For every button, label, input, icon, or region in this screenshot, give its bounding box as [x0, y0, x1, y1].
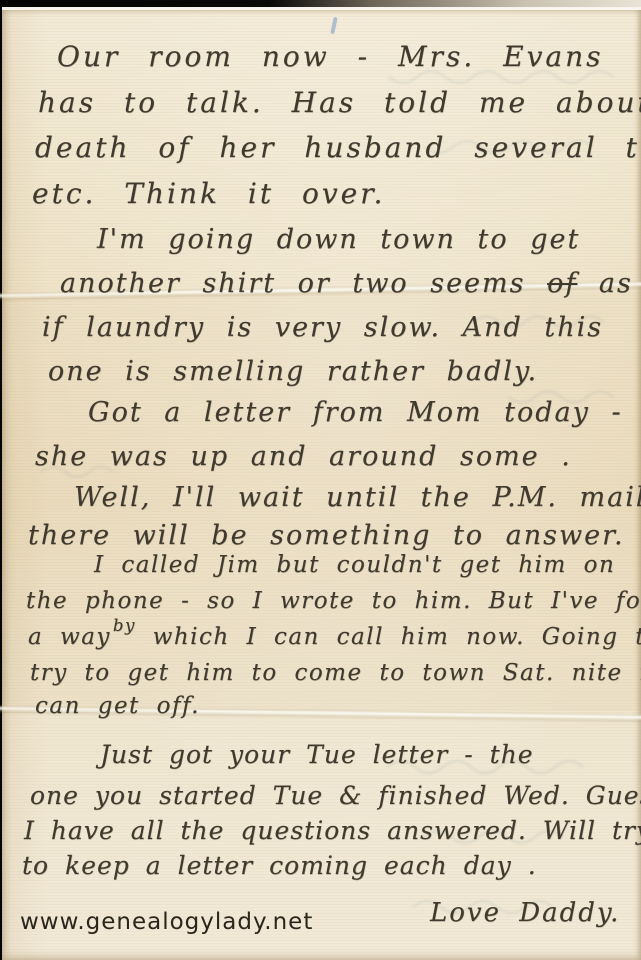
watermark-url: www.genealogylady.net [20, 909, 313, 935]
letter-line: Got a letter from Mom today - said [88, 397, 641, 428]
inserted-word: by [113, 616, 136, 635]
letter-line: Just got your Tue letter - the [100, 740, 534, 769]
letter-line: if laundry is very slow. And this [42, 312, 603, 343]
letter-line-text: another shirt or two seems [60, 268, 547, 299]
letter-line-text: as [577, 268, 633, 299]
letter-line: I called Jim but couldn't get him on [94, 552, 615, 578]
letter-line: can get off. [35, 693, 200, 719]
letter-line: Our room now - Mrs. Evans [57, 40, 604, 73]
scanned-letter: Our room now - Mrs. Evans has to talk. H… [0, 0, 641, 960]
letter-line: try to get him to come to town Sat. nite… [30, 660, 641, 686]
signature: Love Daddy. [430, 898, 620, 928]
letter-line: to keep a letter coming each day . [22, 851, 537, 880]
letter-line: I'm going down town to get [97, 224, 580, 255]
letter-line: I have all the questions answered. Will … [24, 816, 641, 845]
crossed-out-word: of [547, 268, 577, 299]
letter-line: the phone - so I wrote to him. But I've … [26, 588, 641, 614]
letter-line: she was up and around some . [35, 441, 572, 472]
letter-line: death of her husband several times [35, 131, 641, 164]
letter-page: Our room now - Mrs. Evans has to talk. H… [2, 7, 641, 960]
letter-line: one you started Tue & finished Wed. Gues… [30, 781, 641, 810]
letter-line-text: a way [28, 624, 111, 650]
letter-line: there will be something to answer. [28, 520, 625, 551]
letter-line: a wayby which I can call him now. Going … [28, 624, 641, 650]
blue-ink-mark [330, 17, 337, 34]
letter-line: Well, I'll wait until the P.M. mail. May… [74, 482, 641, 513]
letter-line: etc. Think it over. [32, 177, 385, 210]
letter-line: has to talk. Has told me about the [38, 86, 641, 119]
letter-line: one is smelling rather badly. [48, 356, 538, 387]
letter-line-text: which I can call him now. Going to [136, 624, 641, 650]
letter-line: another shirt or two seems of as [60, 268, 633, 299]
